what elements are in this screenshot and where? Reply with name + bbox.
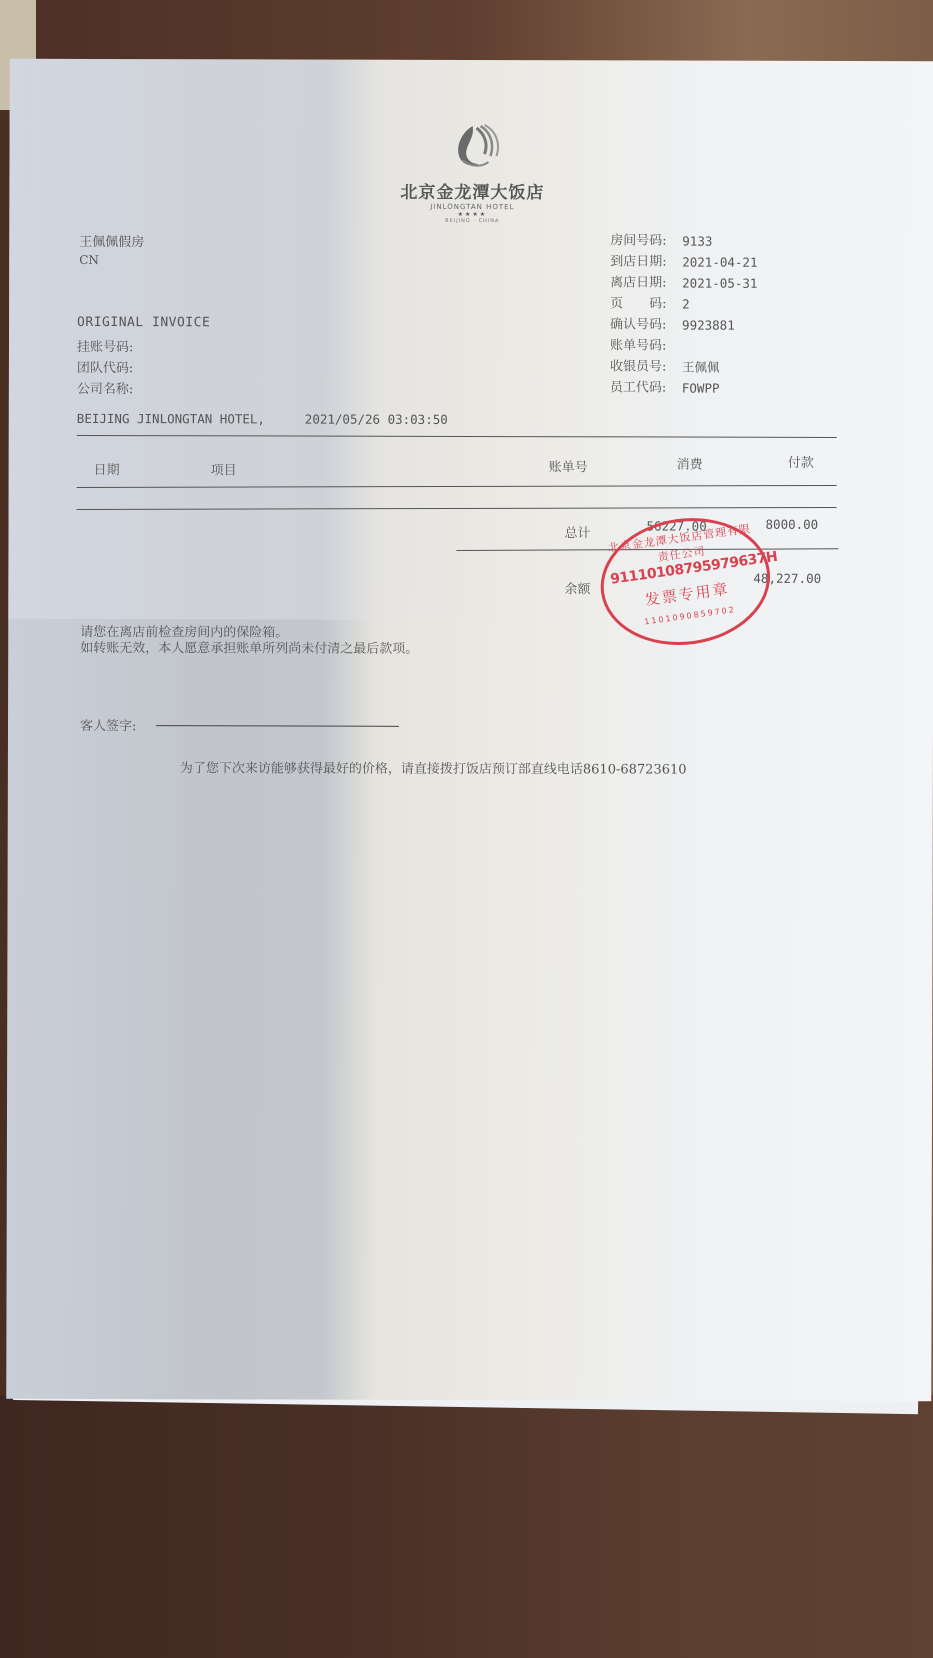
balance-label: 余额 (564, 578, 590, 597)
divider (77, 485, 837, 488)
signature-field[interactable] (156, 725, 399, 727)
hotel-city: BEIJING · CHINA (372, 218, 572, 225)
field-account-number: 挂账号码: (77, 337, 133, 358)
footer-note: 为了您下次来访能够获得最好的价格，请直接拨打饭店预订部直线电话8610-6872… (180, 757, 687, 777)
hotel-name-cn: 北京金龙潭大饭店 (372, 178, 572, 204)
invoice-details: 房间号码:9133 到店日期:2021-04-21 离店日期:2021-05-3… (610, 230, 758, 398)
invoice-page: 北京金龙潭大饭店 JINLONGTAN HOTEL ★★★★ BEIJING ·… (6, 59, 933, 1401)
col-header-bill-no: 账单号 (549, 456, 588, 475)
signature-label: 客人签字: (80, 715, 136, 734)
field-company-name: 公司名称: (77, 379, 133, 400)
field-bill-number: 账单号码: (610, 335, 757, 356)
field-group-code: 团队代码: (77, 358, 133, 379)
account-fields: 挂账号码: 团队代码: 公司名称: (77, 337, 134, 400)
guest-country: CN (79, 253, 99, 267)
total-label: 总计 (564, 522, 590, 541)
print-datetime: 2021/05/26 03:03:50 (305, 412, 448, 427)
invoice-seal: 北京金龙潭大饭店管理有限责任公司 91110108795979637H 发票专用… (593, 508, 779, 656)
field-page-number: 页 码:2 (610, 293, 757, 314)
field-staff-code: 员工代码:FOWPP (610, 377, 757, 398)
field-cashier: 收银员号:王佩佩 (610, 356, 757, 377)
hotel-logo-icon (444, 122, 500, 172)
col-header-charge: 消费 (677, 454, 703, 473)
col-header-item: 项目 (211, 459, 237, 478)
table-surface-bottom (0, 1395, 933, 1658)
field-room-number: 房间号码:9133 (610, 230, 757, 251)
print-hotel: BEIJING JINLONGTAN HOTEL, (77, 411, 265, 426)
col-header-date: 日期 (94, 459, 120, 478)
divider (77, 435, 837, 438)
field-confirmation-number: 确认号码:9923881 (610, 314, 757, 335)
field-arrival-date: 到店日期:2021-04-21 (610, 251, 757, 272)
total-payment: 8000.00 (766, 517, 819, 532)
guest-name: 王佩佩假房 (79, 231, 144, 250)
field-departure-date: 离店日期:2021-05-31 (610, 272, 757, 293)
hotel-logo: 北京金龙潭大饭店 JINLONGTAN HOTEL ★★★★ BEIJING ·… (372, 122, 572, 225)
divider (77, 507, 837, 510)
col-header-payment: 付款 (788, 452, 814, 471)
note-payment: 如转账无效，本人愿意承担账单所列尚未付清之最后款项。 (80, 637, 418, 657)
invoice-type: ORIGINAL INVOICE (77, 315, 210, 330)
